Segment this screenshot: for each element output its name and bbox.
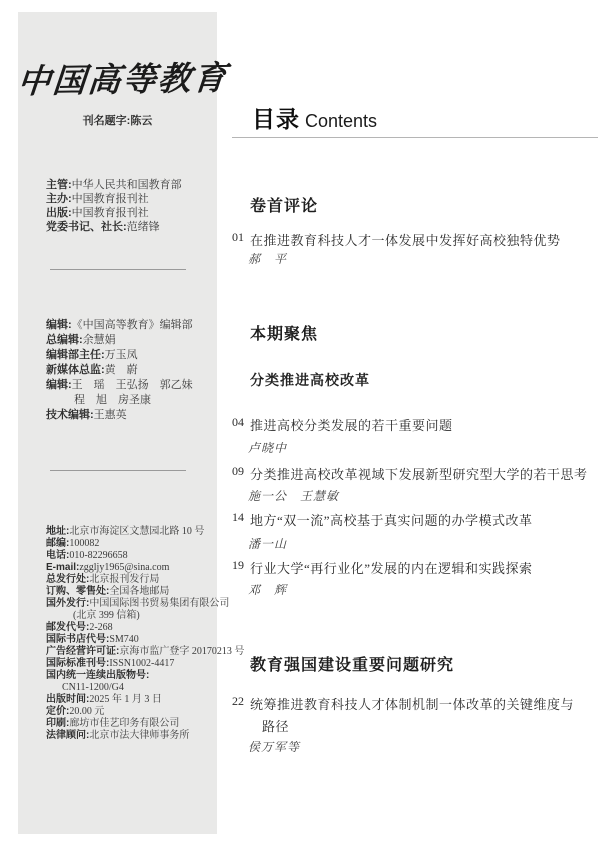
article-authors: 侯万军等	[248, 738, 300, 755]
publisher-line: 主办:中国教育报刊社	[46, 192, 207, 206]
article-page-number: 04	[232, 415, 250, 430]
article-entry: 01 在推进教育科技人才一体发展中发挥好高校独特优势	[232, 230, 598, 249]
editorial-line: 技术编辑:王惠英	[46, 408, 207, 423]
publication-line: E-mail:zggljy1965@sina.com	[46, 562, 207, 574]
publication-line: 国外发行:中国国际图书贸易集团有限公司	[46, 598, 207, 610]
contents-title: 目录Contents	[252, 101, 377, 134]
article-title: 在推进教育科技人才一体发展中发挥好高校独特优势	[250, 230, 598, 249]
article-entry: 22 统筹推进教育科技人才体制机制一体改革的关键维度与	[232, 694, 598, 713]
panel-divider	[50, 269, 186, 270]
article-entry: 19 行业大学“再行业化”发展的内在逻辑和实践探索	[232, 558, 598, 577]
masthead-panel: 中国高等教育 刊名题字:陈云 主管:中华人民共和国教育部 主办:中国教育报刊社 …	[18, 12, 217, 834]
contents-main: 目录Contents 卷首评论 01 在推进教育科技人才一体发展中发挥好高校独特…	[232, 0, 598, 846]
publication-line-continuation: CN11-1200/G4	[46, 682, 207, 694]
publication-line: 邮编:100082	[46, 538, 207, 550]
publication-line: 电话:010-82296658	[46, 550, 207, 562]
editorial-line: 编辑:王 瑶 王弘扬 郭乙妹	[46, 378, 207, 393]
editorial-line: 编辑部主任:万玉凤	[46, 348, 207, 363]
contents-title-en: Contents	[305, 111, 377, 131]
editorial-line: 总编辑:余慧娟	[46, 333, 207, 348]
editorial-line: 新媒体总监:黄 蔚	[46, 363, 207, 378]
publication-line: 国际书店代号:SM740	[46, 634, 207, 646]
article-title: 行业大学“再行业化”发展的内在逻辑和实践探索	[250, 558, 598, 577]
publication-line-continuation: (北京 399 信箱)	[46, 610, 207, 622]
article-entry: 04 推进高校分类发展的若干重要问题	[232, 415, 598, 434]
calligraphy-credit: 刊名题字:陈云	[18, 112, 217, 128]
article-title: 推进高校分类发展的若干重要问题	[250, 415, 598, 434]
journal-logo-calligraphy: 中国高等教育	[16, 52, 219, 102]
article-authors: 卢晓中	[248, 439, 287, 456]
publisher-info-block: 主管:中华人民共和国教育部 主办:中国教育报刊社 出版:中国教育报刊社 党委书记…	[46, 178, 207, 234]
article-authors: 郝 平	[248, 250, 287, 267]
article-page-number: 09	[232, 464, 250, 479]
article-title: 分类推进高校改革视域下发展新型研究型大学的若干思考	[250, 464, 598, 483]
publisher-line: 出版:中国教育报刊社	[46, 206, 207, 220]
publication-line: 广告经营许可证:京海市监广登字 20170213 号	[46, 646, 207, 658]
publication-line: 订购、零售处:全国各地邮局	[46, 586, 207, 598]
article-authors: 施一公 王慧敏	[248, 487, 339, 504]
publication-line: 国际标准刊号:ISSN1002-4417	[46, 658, 207, 670]
section-heading-jiaoyu-qiangguo: 教育强国建设重要问题研究	[250, 652, 454, 675]
article-entry: 14 地方“双一流”高校基于真实问题的办学模式改革	[232, 510, 598, 529]
publication-line: 定价:20.00 元	[46, 706, 207, 718]
editorial-staff-block: 编辑:《中国高等教育》编辑部 总编辑:余慧娟 编辑部主任:万玉凤 新媒体总监:黄…	[46, 318, 207, 423]
publisher-line: 主管:中华人民共和国教育部	[46, 178, 207, 192]
publication-line: 国内统一连续出版物号:	[46, 670, 207, 682]
publication-line: 出版时间:2025 年 1 月 3 日	[46, 694, 207, 706]
article-authors: 潘一山	[248, 535, 287, 552]
section-heading-juanshou-pinglun: 卷首评论	[250, 193, 318, 216]
publication-line: 地址:北京市海淀区文慧园北路 10 号	[46, 526, 207, 538]
article-title-continuation: 路径	[262, 716, 289, 735]
article-page-number: 19	[232, 558, 250, 573]
publication-line: 邮发代号:2-268	[46, 622, 207, 634]
article-authors: 邓 辉	[248, 581, 287, 598]
article-entry: 09 分类推进高校改革视域下发展新型研究型大学的若干思考	[232, 464, 598, 483]
publication-line: 总发行处:北京报刊发行局	[46, 574, 207, 586]
section-heading-benqi-jujiao: 本期聚焦	[250, 321, 318, 344]
publication-line: 印刷:廊坊市佳艺印务有限公司	[46, 718, 207, 730]
article-page-number: 14	[232, 510, 250, 525]
editorial-line: 编辑:《中国高等教育》编辑部	[46, 318, 207, 333]
contents-header-rule	[232, 137, 598, 138]
publisher-line: 党委书记、社长:范绪锋	[46, 220, 207, 234]
publication-info-block: 地址:北京市海淀区文慧园北路 10 号 邮编:100082 电话:010-822…	[46, 526, 207, 742]
article-page-number: 22	[232, 694, 250, 709]
panel-divider	[50, 470, 186, 471]
editorial-line-continuation: 程 旭 房圣康	[46, 393, 207, 408]
article-page-number: 01	[232, 230, 250, 245]
contents-title-zh: 目录	[252, 106, 300, 132]
section-topic: 分类推进高校改革	[250, 370, 370, 390]
publication-line: 法律顾问:北京市法大律师事务所	[46, 730, 207, 742]
article-title: 地方“双一流”高校基于真实问题的办学模式改革	[250, 510, 598, 529]
article-title: 统筹推进教育科技人才体制机制一体改革的关键维度与	[250, 694, 598, 713]
